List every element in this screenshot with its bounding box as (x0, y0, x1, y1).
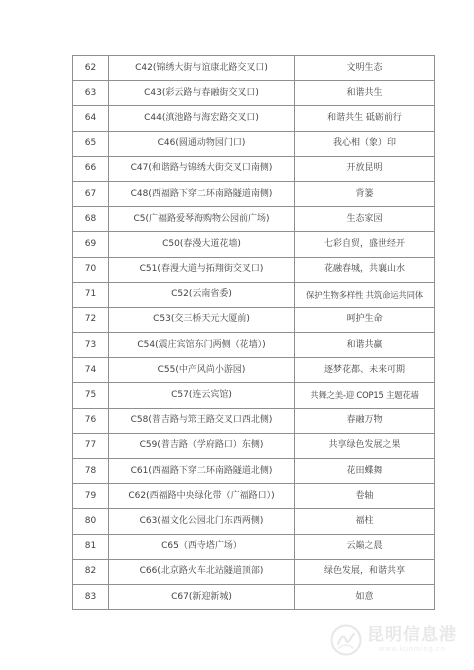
table-row: 82C66(北京路火车北站隧道顶部)绿色发展，和谐共享 (73, 560, 435, 585)
location-cell: C61(西福路下穿二环南路隧道北侧) (109, 459, 295, 484)
theme-cell: 开放昆明 (295, 157, 435, 182)
theme-cell: 呵护生命 (295, 308, 435, 333)
theme-cell: 春融万物 (295, 409, 435, 434)
row-number-cell: 64 (73, 106, 109, 131)
table-row: 62C42(锦绣大街与谊康北路交叉口)文明生态 (73, 56, 435, 81)
theme-cell: 我心相（象）印 (295, 132, 435, 157)
theme-cell: 卷轴 (295, 484, 435, 509)
row-number-cell: 62 (73, 56, 109, 81)
location-cell: C62(西福路中央绿化带（广福路口）) (109, 484, 295, 509)
watermark: 昆明信息港 www.kunming.cn (330, 624, 457, 656)
row-number-cell: 69 (73, 232, 109, 257)
location-cell: C48(西福路下穿二环南路隧道南侧) (109, 182, 295, 207)
theme-cell: 和谐共生 砥砺前行 (295, 106, 435, 131)
table-row: 64C44(滇池路与海宏路交叉口)和谐共生 砥砺前行 (73, 106, 435, 131)
location-cell: C51(春漫大道与拓翔街交叉口) (109, 258, 295, 283)
row-number-cell: 66 (73, 157, 109, 182)
table-row: 63C43(彩云路与春融街交叉口)和谐共生 (73, 81, 435, 106)
location-cell: C52(云南省委) (109, 283, 295, 308)
table-row: 70C51(春漫大道与拓翔街交叉口)花融春城，共襄山水 (73, 258, 435, 283)
table-row: 79C62(西福路中央绿化带（广福路口）)卷轴 (73, 484, 435, 509)
location-cell: C53(交三桥天元大厦前) (109, 308, 295, 333)
table-row: 83C67(新迎新城)如意 (73, 585, 435, 610)
theme-cell: 和谐共生 (295, 81, 435, 106)
location-cell: C65（西寺塔广场） (109, 535, 295, 560)
location-cell: C42(锦绣大街与谊康北路交叉口) (109, 56, 295, 81)
theme-cell: 花融春城，共襄山水 (295, 258, 435, 283)
watermark-site-name: 昆明信息港 (367, 626, 457, 645)
table-row: 76C58(普吉路与筇王路交叉口西北侧)春融万物 (73, 409, 435, 434)
watermark-text: 昆明信息港 www.kunming.cn (367, 626, 457, 653)
theme-cell: 共享绿色发展之果 (295, 434, 435, 459)
row-number-cell: 72 (73, 308, 109, 333)
row-number-cell: 73 (73, 333, 109, 358)
table-row: 77C59(普吉路（学府路口）东侧)共享绿色发展之果 (73, 434, 435, 459)
flower-wall-table: 62C42(锦绣大街与谊康北路交叉口)文明生态63C43(彩云路与春融街交叉口)… (72, 55, 435, 610)
row-number-cell: 82 (73, 560, 109, 585)
row-number-cell: 77 (73, 434, 109, 459)
table-row: 66C47(和谐路与锦绣大街交叉口南侧)开放昆明 (73, 157, 435, 182)
location-cell: C47(和谐路与锦绣大街交叉口南侧) (109, 157, 295, 182)
location-cell: C67(新迎新城) (109, 585, 295, 610)
theme-cell: 文明生态 (295, 56, 435, 81)
row-number-cell: 70 (73, 258, 109, 283)
row-number-cell: 78 (73, 459, 109, 484)
table-row: 80C63(福文化公园北门东西两侧)福柱 (73, 509, 435, 534)
table-row: 73C54(震庄宾馆东门两侧（花墙）)和谐共赢 (73, 333, 435, 358)
theme-cell: 保护生物多样性 共筑命运共同体 (295, 283, 435, 308)
table-row: 67C48(西福路下穿二环南路隧道南侧)背篓 (73, 182, 435, 207)
table-row: 69C50(春漫大道花墙)七彩自贸，盛世经开 (73, 232, 435, 257)
theme-cell: 七彩自贸，盛世经开 (295, 232, 435, 257)
row-number-cell: 67 (73, 182, 109, 207)
location-cell: C50(春漫大道花墙) (109, 232, 295, 257)
theme-cell: 绿色发展，和谐共享 (295, 560, 435, 585)
theme-cell: 福柱 (295, 509, 435, 534)
kunming-info-logo-icon (330, 624, 362, 656)
location-cell: C58(普吉路与筇王路交叉口西北侧) (109, 409, 295, 434)
location-cell: C5(广福路爱琴海购物公园前广场) (109, 207, 295, 232)
document-page: 62C42(锦绣大街与谊康北路交叉口)文明生态63C43(彩云路与春融街交叉口)… (0, 0, 474, 670)
row-number-cell: 65 (73, 132, 109, 157)
row-number-cell: 76 (73, 409, 109, 434)
location-cell: C55(中产风尚小游园) (109, 358, 295, 383)
location-cell: C57(连云宾馆) (109, 383, 295, 408)
location-cell: C43(彩云路与春融街交叉口) (109, 81, 295, 106)
theme-cell: 花田蝶舞 (295, 459, 435, 484)
location-cell: C54(震庄宾馆东门两侧（花墙）) (109, 333, 295, 358)
row-number-cell: 71 (73, 283, 109, 308)
row-number-cell: 80 (73, 509, 109, 534)
table-row: 68C5(广福路爱琴海购物公园前广场)生态家园 (73, 207, 435, 232)
table-row: 71C52(云南省委)保护生物多样性 共筑命运共同体 (73, 283, 435, 308)
table-row: 75C57(连云宾馆)共舞之美-迎 COP15 主题花墙 (73, 383, 435, 408)
theme-cell: 逐梦花都、未来可期 (295, 358, 435, 383)
location-cell: C44(滇池路与海宏路交叉口) (109, 106, 295, 131)
location-cell: C66(北京路火车北站隧道顶部) (109, 560, 295, 585)
row-number-cell: 68 (73, 207, 109, 232)
location-cell: C59(普吉路（学府路口）东侧) (109, 434, 295, 459)
row-number-cell: 74 (73, 358, 109, 383)
table-row: 72C53(交三桥天元大厦前)呵护生命 (73, 308, 435, 333)
table-row: 81C65（西寺塔广场）云巅之晨 (73, 535, 435, 560)
table-row: 74C55(中产风尚小游园)逐梦花都、未来可期 (73, 358, 435, 383)
location-cell: C63(福文化公园北门东西两侧) (109, 509, 295, 534)
location-cell: C46(圆通动物园门口) (109, 132, 295, 157)
row-number-cell: 83 (73, 585, 109, 610)
theme-cell: 生态家园 (295, 207, 435, 232)
row-number-cell: 81 (73, 535, 109, 560)
theme-cell: 共舞之美-迎 COP15 主题花墙 (295, 383, 435, 408)
row-number-cell: 75 (73, 383, 109, 408)
watermark-site-url: www.kunming.cn (379, 645, 446, 653)
theme-cell: 云巅之晨 (295, 535, 435, 560)
theme-cell: 背篓 (295, 182, 435, 207)
theme-cell: 如意 (295, 585, 435, 610)
row-number-cell: 63 (73, 81, 109, 106)
table-row: 78C61(西福路下穿二环南路隧道北侧)花田蝶舞 (73, 459, 435, 484)
row-number-cell: 79 (73, 484, 109, 509)
theme-cell: 和谐共赢 (295, 333, 435, 358)
table-row: 65C46(圆通动物园门口)我心相（象）印 (73, 132, 435, 157)
